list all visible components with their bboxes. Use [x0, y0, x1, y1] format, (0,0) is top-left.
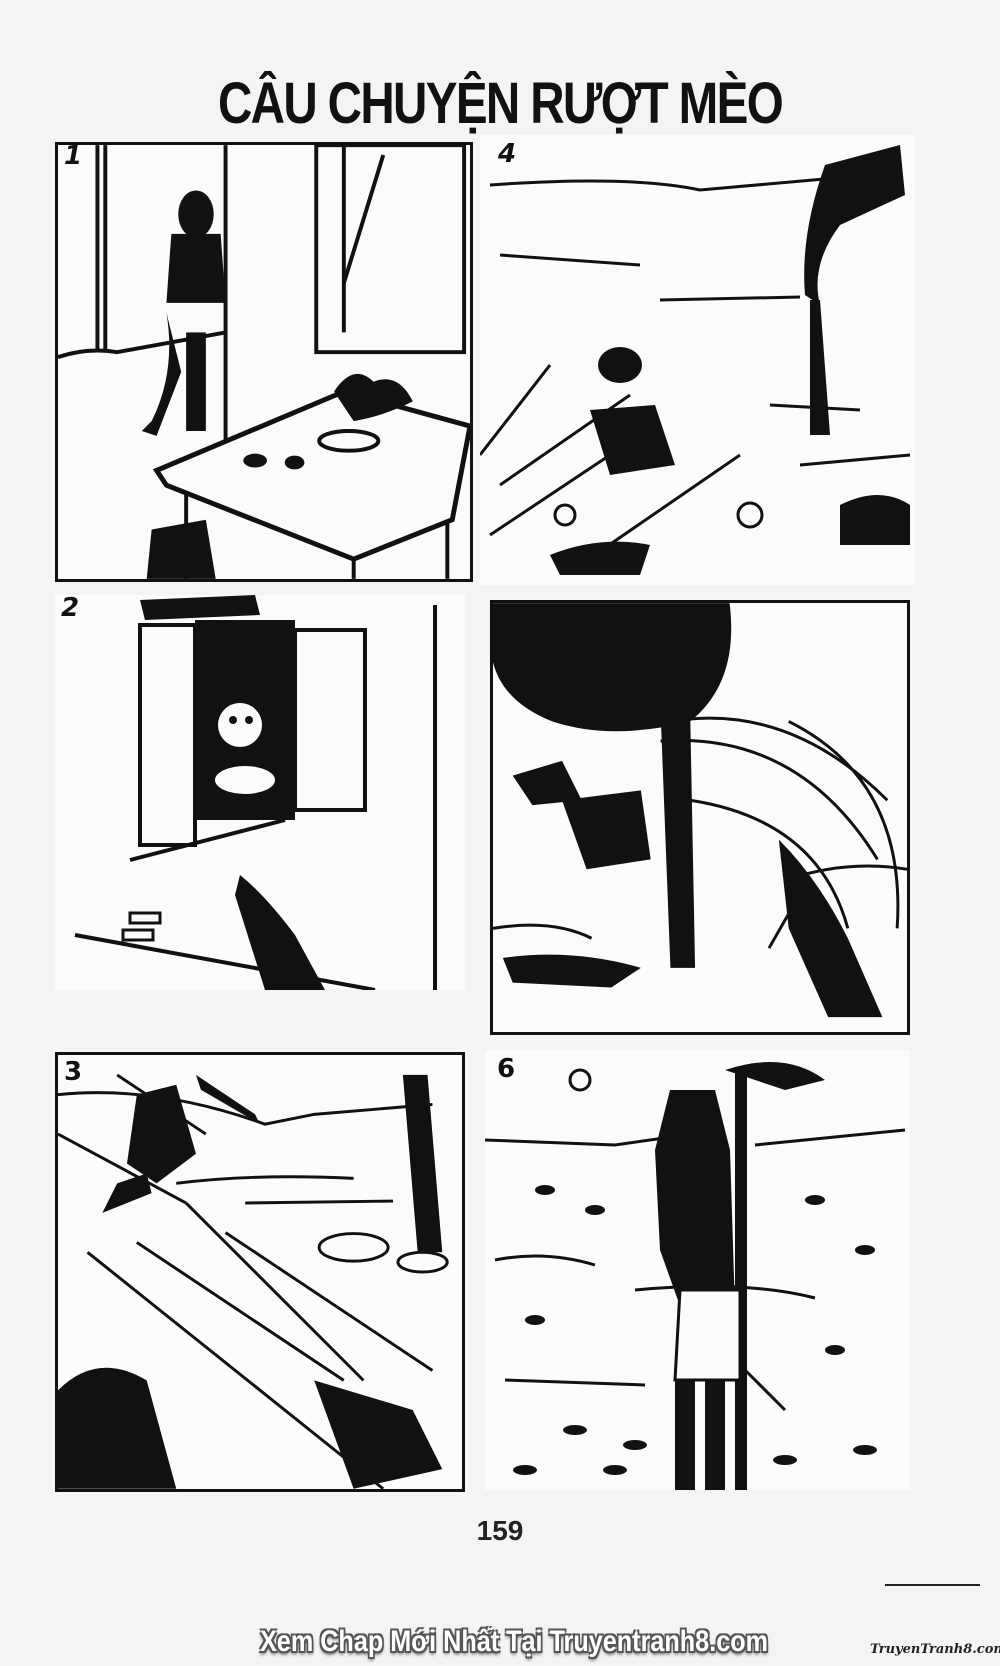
- panel-number: 3: [64, 1057, 82, 1087]
- panel-number: 6: [497, 1054, 515, 1084]
- panel-6-illustration: [485, 1050, 910, 1490]
- comic-panel-2: 2: [55, 595, 465, 990]
- comic-panel-1: 1: [55, 142, 473, 582]
- comic-panel-3: 3: [55, 1052, 465, 1492]
- comic-panel-4: 4: [480, 135, 915, 585]
- panel-number: 2: [61, 593, 79, 623]
- panel-3-illustration: [58, 1055, 462, 1489]
- page-number: 159: [0, 1515, 1000, 1547]
- panel-5-illustration: [493, 603, 907, 1032]
- panel-1-illustration: [58, 145, 470, 579]
- watermark-logo: TruyenTranh8.com: [870, 1642, 1000, 1657]
- panel-number: 5: [499, 607, 517, 637]
- comic-panel-5: 5: [490, 600, 910, 1035]
- comic-panel-6: 6: [485, 1050, 910, 1490]
- footer-rule: [885, 1584, 980, 1586]
- watermark-banner: Xem Chap Mới Nhất Tại Truyentranh8.com: [260, 1625, 768, 1659]
- panel-2-illustration: [55, 595, 465, 990]
- page-title: CÂU CHUYỆN RƯỢT MÈO: [90, 70, 910, 137]
- panel-4-illustration: [480, 135, 915, 585]
- panel-number: 4: [498, 139, 516, 169]
- panel-number: 1: [64, 141, 82, 171]
